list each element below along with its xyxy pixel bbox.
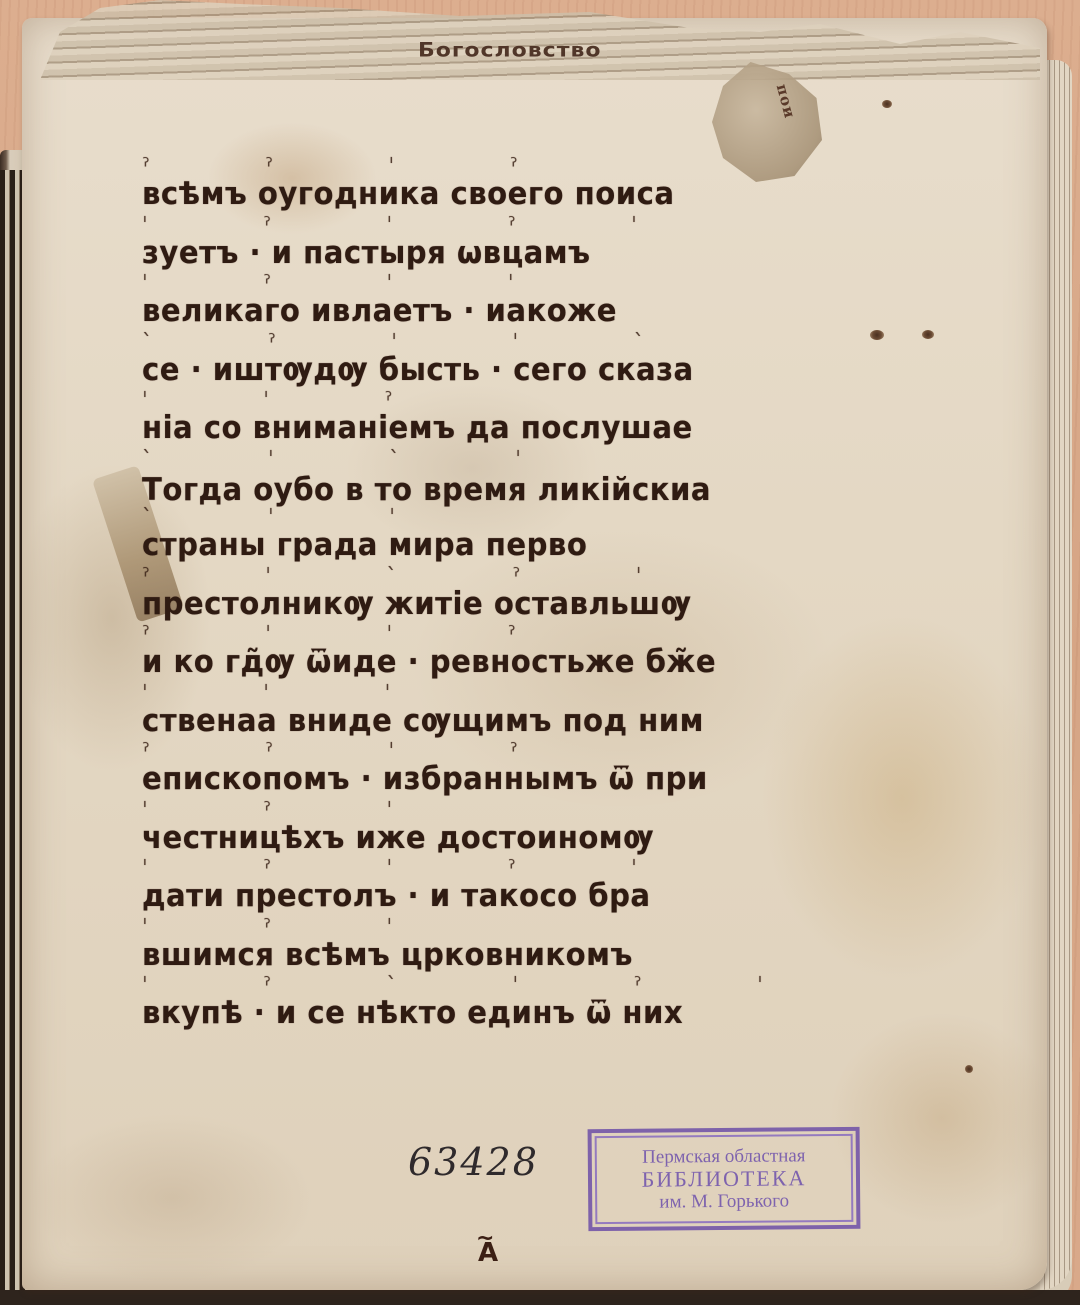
diacritics: ˈ ˀ ˈ ˈ [142, 259, 568, 311]
wormhole [922, 330, 934, 339]
diacritics: ˀ ˈ ˈ ˀ [142, 610, 570, 662]
diacritics: ˋ ˀ ˈ ˈ ˋ [142, 318, 699, 370]
diacritics: ˈ ˀ ˈ [142, 903, 447, 955]
bottom-shadow [0, 1290, 1080, 1305]
titlo-mark: ~ [476, 1226, 494, 1251]
diacritics: ˈ ˀ ˈ ˀ ˈ [142, 844, 691, 896]
diacritics: ˈ ˈ ˀ [142, 376, 447, 428]
stamp-line-2: БИБЛИОТЕКА [592, 1166, 856, 1192]
diacritics: ˀ ˀ ˈ ˀ [142, 142, 572, 194]
diacritics: ˀ ˀ ˈ ˀ [142, 727, 572, 779]
stamp-line-1: Пермская областная [592, 1145, 856, 1168]
inventory-number: 63428 [408, 1140, 539, 1184]
diacritics: ˈ ˀ ˈ [142, 786, 447, 838]
stamp-line-3: им. М. Горького [592, 1190, 856, 1214]
diacritics: ˋ ˈ ˋ ˈ [142, 435, 575, 487]
manuscript-photo: пои Богословство ˀ ˀ ˈ ˀвсѣмъ оугодника … [0, 0, 1080, 1305]
diacritics: ˀ ˈ ˋ ˀ ˈ [142, 552, 696, 604]
wormhole [965, 1065, 973, 1073]
folio-number: ~ А [478, 1238, 498, 1268]
text-line: ˈ ˀ ˋ ˈ ˀ ˈвкупѣ · и се нѣкто единъ ѿ ни… [142, 987, 800, 1046]
diacritics: ˈ ˀ ˈ ˀ ˈ [142, 201, 691, 253]
diacritics: ˈ ˈ ˈ [142, 669, 445, 721]
wormhole [870, 330, 884, 340]
page-header: Богословство [418, 39, 602, 62]
diacritics: ˈ ˀ ˋ ˈ ˀ ˈ [142, 961, 817, 1013]
manuscript-text: ˀ ˀ ˈ ˀвсѣмъ оугодника своего поиса ˈ ˀ … [142, 168, 842, 1046]
library-stamp: Пермская областная БИБЛИОТЕКА им. М. Гор… [588, 1127, 861, 1231]
diacritics: ˋ ˈ ˈ [142, 493, 449, 545]
wormhole [882, 100, 892, 108]
